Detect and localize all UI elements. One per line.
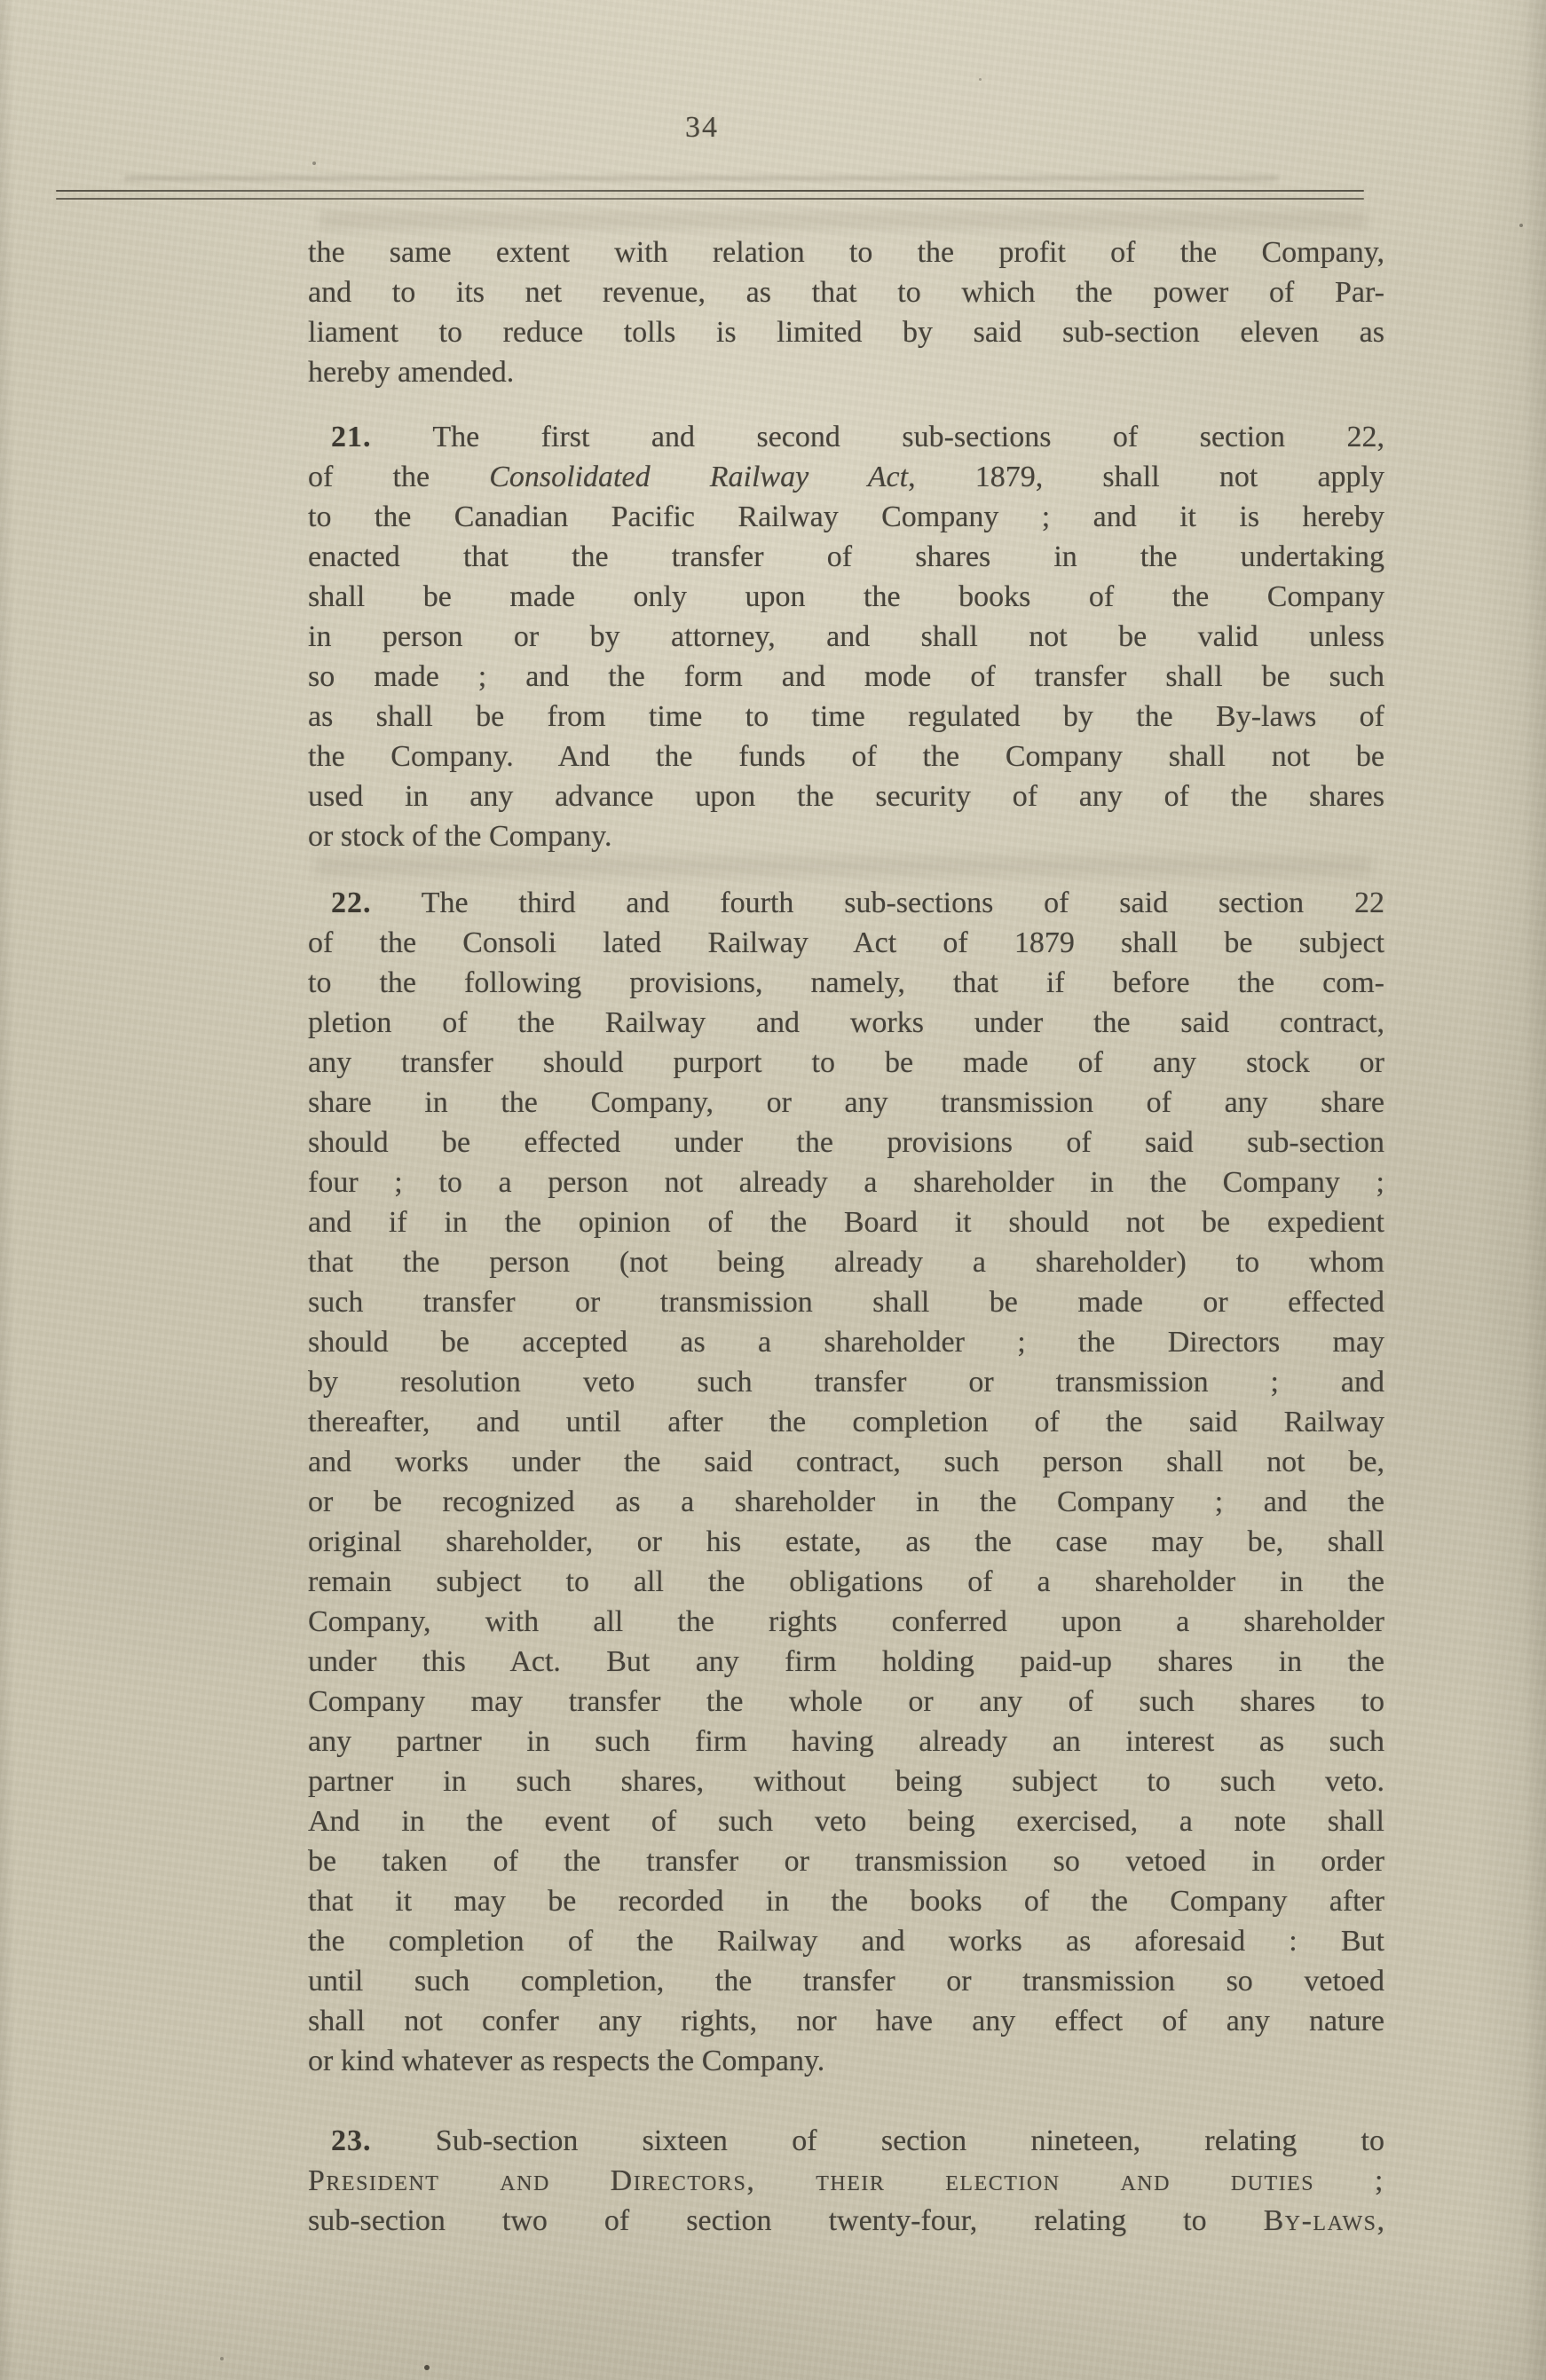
text-line: partner in such shares, without being su… <box>308 1761 1384 1801</box>
text-segment: as shall be from time to time regulated … <box>308 700 1384 733</box>
text-segment: any transfer should purport to be made o… <box>308 1046 1384 1079</box>
text-line: liament to reduce tolls is limited by sa… <box>308 312 1384 352</box>
text-segment: shall not confer any rights, nor have an… <box>308 2005 1384 2037</box>
text-line: And in the event of such veto being exer… <box>308 1801 1384 1841</box>
text-segment: Consolidated Railway Act <box>489 461 908 493</box>
text-segment: hereby amended. <box>308 356 514 389</box>
paragraph-section-23: 23. Sub-section sixteen of section ninet… <box>308 2121 1384 2241</box>
text-segment: used in any advance upon the security of… <box>308 780 1384 813</box>
paragraph-continuation: the same extent with relation to the pro… <box>308 232 1384 392</box>
text-segment: liament to reduce tolls is limited by sa… <box>308 316 1384 349</box>
text-segment: until such completion, the transfer or t… <box>308 1965 1384 1998</box>
text-segment: Company may transfer the whole or any of… <box>308 1685 1384 1718</box>
ink-speck <box>979 78 982 81</box>
paragraph-section-21: 21. The first and second sub-sections of… <box>308 417 1384 856</box>
text-segment: the same extent with relation to the pro… <box>308 236 1384 269</box>
text-line: any transfer should purport to be made o… <box>308 1043 1384 1083</box>
text-column: the same extent with relation to the pro… <box>308 232 1384 2241</box>
header-double-rule-top <box>56 190 1364 192</box>
text-line: remain subject to all the obligations of… <box>308 1562 1384 1602</box>
text-segment: and works under the said contract, such … <box>308 1446 1384 1478</box>
header-double-rule-bottom <box>56 198 1364 200</box>
text-line: or stock of the Company. <box>308 816 1384 856</box>
text-line: shall not confer any rights, nor have an… <box>308 2001 1384 2041</box>
text-segment: original shareholder, or his estate, as … <box>308 1525 1384 1558</box>
paragraph-section-22: 22. The third and fourth sub-sections of… <box>308 883 1384 2081</box>
bleedthrough-smudge <box>319 211 1367 229</box>
text-line: enacted that the transfer of shares in t… <box>308 537 1384 577</box>
text-segment: to the following provisions, namely, tha… <box>308 966 1384 999</box>
text-line: and to its net revenue, as that to which… <box>308 272 1384 312</box>
text-line: 22. The third and fourth sub-sections of… <box>308 883 1384 923</box>
text-segment: Company, with all the rights conferred u… <box>308 1605 1384 1638</box>
text-segment: under this Act. But any firm holding pai… <box>308 1645 1384 1678</box>
text-line: the completion of the Railway and works … <box>308 1921 1384 1961</box>
text-segment: and to its net revenue, as that to which… <box>308 276 1384 309</box>
text-line: by resolution veto such transfer or tran… <box>308 1362 1384 1402</box>
text-segment: The third and fourth sub-sections of sai… <box>372 887 1385 919</box>
text-segment: pletion of the Railway and works under t… <box>308 1006 1384 1039</box>
text-segment: should be effected under the provisions … <box>308 1126 1384 1159</box>
text-segment: Sub-section sixteen of section nineteen,… <box>372 2124 1385 2157</box>
text-line: 23. Sub-section sixteen of section ninet… <box>308 2121 1384 2161</box>
text-segment: remain subject to all the obligations of… <box>308 1565 1384 1598</box>
text-segment: to the Canadian Pacific Railway Company … <box>308 500 1384 533</box>
text-line: should be accepted as a shareholder ; th… <box>308 1322 1384 1362</box>
text-line: shall be made only upon the books of the… <box>308 577 1384 617</box>
text-line: that it may be recorded in the books of … <box>308 1881 1384 1921</box>
text-line: sub-section two of section twenty-four, … <box>308 2201 1384 2241</box>
text-line: pletion of the Railway and works under t… <box>308 1003 1384 1043</box>
text-line: of the Consoli lated Railway Act of 1879… <box>308 923 1384 963</box>
ink-speck <box>312 162 316 165</box>
text-segment: enacted that the transfer of shares in t… <box>308 540 1384 573</box>
text-line: 21. The first and second sub-sections of… <box>308 417 1384 457</box>
text-segment: the Company. And the funds of the Compan… <box>308 740 1384 773</box>
text-line: share in the Company, or any transmissio… <box>308 1083 1384 1123</box>
text-segment: President and Directors, their election … <box>308 2164 1384 2197</box>
text-line: President and Directors, their election … <box>308 2161 1384 2201</box>
text-segment: thereafter, and until after the completi… <box>308 1406 1384 1438</box>
text-line: the Company. And the funds of the Compan… <box>308 737 1384 776</box>
section-number: 21. <box>331 421 372 453</box>
text-segment: share in the Company, or any transmissio… <box>308 1086 1384 1119</box>
text-segment: and if in the opinion of the Board it sh… <box>308 1206 1384 1239</box>
text-line: until such completion, the transfer or t… <box>308 1961 1384 2001</box>
section-number: 22. <box>331 887 372 919</box>
ink-speck <box>424 2365 430 2370</box>
text-line: under this Act. But any firm holding pai… <box>308 1642 1384 1682</box>
text-line: hereby amended. <box>308 352 1384 392</box>
text-line: to the following provisions, namely, tha… <box>308 963 1384 1003</box>
text-line: to the Canadian Pacific Railway Company … <box>308 497 1384 537</box>
text-line: and works under the said contract, such … <box>308 1442 1384 1482</box>
text-segment: partner in such shares, without being su… <box>308 1765 1384 1798</box>
text-segment: or be recognized as a shareholder in the… <box>308 1486 1384 1518</box>
page-number: 34 <box>685 110 719 146</box>
text-segment: The first and second sub-sections of sec… <box>372 421 1385 453</box>
text-line: any partner in such firm having already … <box>308 1722 1384 1761</box>
text-segment: be taken of the transfer or transmission… <box>308 1845 1384 1878</box>
text-line: and if in the opinion of the Board it sh… <box>308 1202 1384 1242</box>
text-line: or kind whatever as respects the Company… <box>308 2041 1384 2081</box>
text-line: as shall be from time to time regulated … <box>308 697 1384 737</box>
section-number: 23. <box>331 2124 372 2157</box>
text-segment: of the Consoli lated Railway Act of 1879… <box>308 926 1384 959</box>
text-line: so made ; and the form and mode of trans… <box>308 657 1384 697</box>
text-line: or be recognized as a shareholder in the… <box>308 1482 1384 1522</box>
text-segment: By-laws <box>1264 2204 1377 2237</box>
text-line: that the person (not being already a sha… <box>308 1242 1384 1282</box>
text-segment: such transfer or transmission shall be m… <box>308 1286 1384 1319</box>
text-line: four ; to a person not already a shareho… <box>308 1162 1384 1202</box>
text-segment: that the person (not being already a sha… <box>308 1246 1384 1279</box>
text-segment: , 1879, shall not apply <box>908 461 1384 493</box>
text-line: in person or by attorney, and shall not … <box>308 617 1384 657</box>
text-segment: so made ; and the form and mode of trans… <box>308 660 1384 693</box>
text-segment: four ; to a person not already a shareho… <box>308 1166 1384 1199</box>
text-segment: should be accepted as a shareholder ; th… <box>308 1326 1384 1359</box>
text-segment: sub-section two of section twenty-four, … <box>308 2204 1264 2237</box>
ink-speck <box>1519 224 1523 227</box>
text-segment: And in the event of such veto being exer… <box>308 1805 1384 1838</box>
text-segment: any partner in such firm having already … <box>308 1725 1384 1758</box>
header-rule-smudge <box>124 177 1278 180</box>
text-line: such transfer or transmission shall be m… <box>308 1282 1384 1322</box>
text-segment: or stock of the Company. <box>308 820 611 853</box>
text-segment: shall be made only upon the books of the… <box>308 580 1384 613</box>
text-line: the same extent with relation to the pro… <box>308 232 1384 272</box>
scanned-book-page: { "page": { "paper_color": "#cbc5b0", "i… <box>0 0 1546 2380</box>
text-segment: or kind whatever as respects the Company… <box>308 2045 824 2077</box>
text-segment: of the <box>308 461 489 493</box>
text-line: original shareholder, or his estate, as … <box>308 1522 1384 1562</box>
text-segment: that it may be recorded in the books of … <box>308 1885 1384 1918</box>
text-line: should be effected under the provisions … <box>308 1123 1384 1162</box>
text-line: of the Consolidated Railway Act, 1879, s… <box>308 457 1384 497</box>
text-line: be taken of the transfer or transmission… <box>308 1841 1384 1881</box>
text-line: Company, with all the rights conferred u… <box>308 1602 1384 1642</box>
text-line: used in any advance upon the security of… <box>308 776 1384 816</box>
ink-speck <box>220 2357 224 2360</box>
text-segment: , <box>1377 2204 1385 2237</box>
text-segment: in person or by attorney, and shall not … <box>308 620 1384 653</box>
text-segment: by resolution veto such transfer or tran… <box>308 1366 1384 1399</box>
text-line: thereafter, and until after the completi… <box>308 1402 1384 1442</box>
text-segment: the completion of the Railway and works … <box>308 1925 1384 1958</box>
text-line: Company may transfer the whole or any of… <box>308 1682 1384 1722</box>
